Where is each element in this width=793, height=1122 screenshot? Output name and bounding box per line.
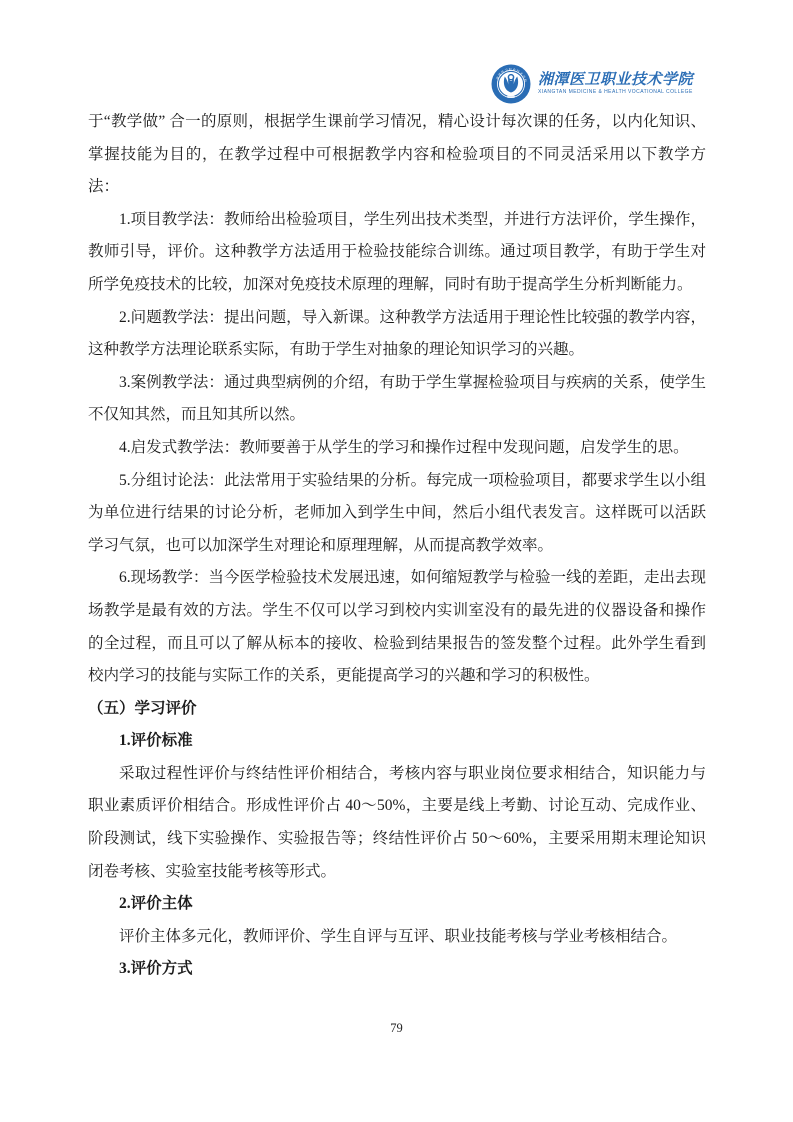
college-logo-text: 湘潭医卫职业技术学院 XIANGTAN MEDICINE & HEALTH VO… (538, 73, 693, 96)
paragraph-method-5-group-discussion: 5.分组讨论法：此法常用于实验结果的分析。每完成一项检验项目，都要求学生以小组为… (88, 465, 706, 563)
college-seal-icon: 湘潭医卫职业技术学院 (491, 64, 531, 104)
page-number: 79 (0, 1021, 793, 1036)
college-logo: 湘潭医卫职业技术学院 湘潭医卫职业技术学院 XIANGTAN MEDICINE … (491, 64, 693, 104)
paragraph-intro-continuation: 于“教学做” 合一的原则，根据学生课前学习情况，精心设计每次课的任务，以内化知识… (88, 106, 706, 204)
paragraph-method-4-heuristic: 4.启发式教学法：教师要善于从学生的学习和操作过程中发现问题，启发学生的思。 (88, 432, 706, 465)
paragraph-evaluation-subject: 评价主体多元化，教师评价、学生自评与互评、职业技能考核与学业考核相结合。 (88, 921, 706, 954)
subheading-evaluation-method: 3.评价方式 (88, 953, 706, 986)
document-body: 于“教学做” 合一的原则，根据学生课前学习情况，精心设计每次课的任务，以内化知识… (88, 106, 706, 986)
section-heading-learning-evaluation: （五）学习评价 (88, 693, 706, 726)
paragraph-method-6-field-teaching: 6.现场教学：当今医学检验技术发展迅速，如何缩短教学与检验一线的差距，走出去现场… (88, 562, 706, 692)
paragraph-method-1-project: 1.项目教学法：教师给出检验项目，学生列出技术类型，并进行方法评价，学生操作，教… (88, 204, 706, 302)
paragraph-evaluation-criteria: 采取过程性评价与终结性评价相结合，考核内容与职业岗位要求相结合，知识能力与职业素… (88, 758, 706, 888)
paragraph-method-2-question: 2.问题教学法：提出问题，导入新课。这种教学方法适用于理论性比较强的教学内容，这… (88, 302, 706, 367)
subheading-evaluation-subject: 2.评价主体 (88, 888, 706, 921)
subheading-evaluation-criteria: 1.评价标准 (88, 725, 706, 758)
paragraph-method-3-case: 3.案例教学法：通过典型病例的介绍，有助于学生掌握检验项目与疾病的关系，使学生不… (88, 367, 706, 432)
college-name-cn: 湘潭医卫职业技术学院 (538, 73, 693, 89)
document-page: 湘潭医卫职业技术学院 湘潭医卫职业技术学院 XIANGTAN MEDICINE … (0, 0, 793, 1122)
college-name-en: XIANGTAN MEDICINE & HEALTH VOCATIONAL CO… (538, 90, 693, 95)
